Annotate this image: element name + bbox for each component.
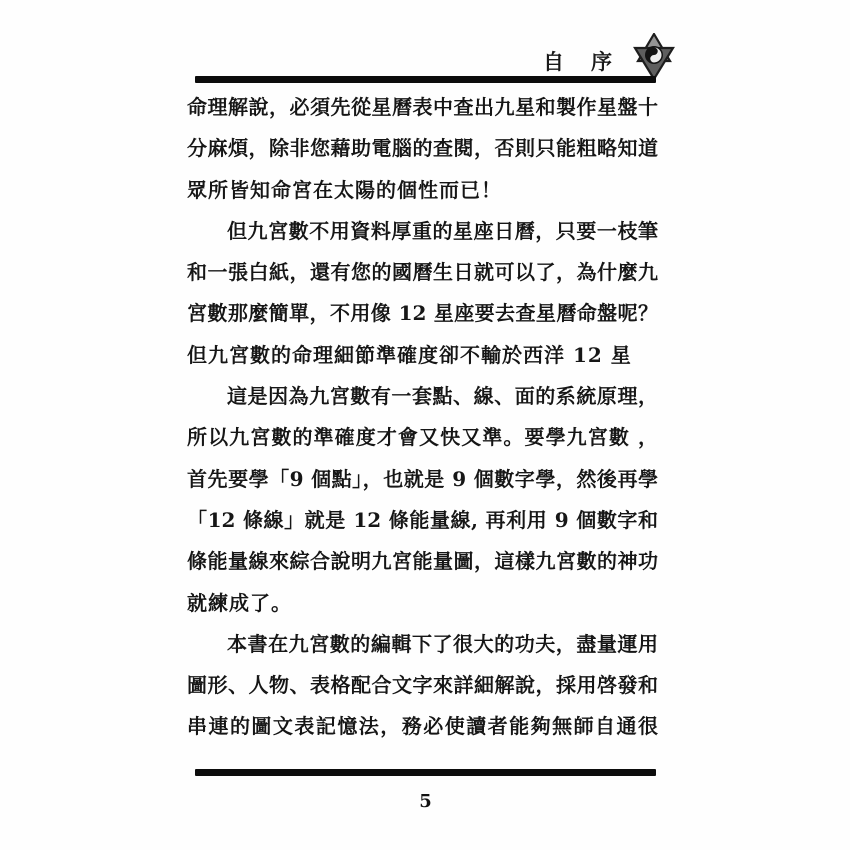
text-line: 「12 條線」就是 12 條能量線, 再利用 9 個數字和 12 [187, 500, 658, 541]
text-line: 這是因為九宮數有一套點、線、面的系統原理， [187, 376, 658, 417]
text-line: 首先要學「9 個點」，也就是 9 個數字學，然後再學 [187, 459, 658, 500]
body-text: 命理解說，必須先從星曆表中查出九星和製作星盤十 分麻煩，除非您藉助電腦的查閱，否… [187, 87, 658, 748]
hexagram-star-icon [629, 33, 679, 81]
text-line: 本書在九宮數的編輯下了很大的功夫，盡量運用 [187, 624, 658, 665]
text-line: 但九宮數的命理細節準確度卻不輸於西洋 12 星座。 [187, 335, 658, 376]
header-divider-rule [195, 76, 656, 83]
page-number: 5 [195, 791, 656, 812]
footer-divider-rule [195, 769, 656, 776]
text-line: 命理解說，必須先從星曆表中查出九星和製作星盤十 [187, 87, 658, 128]
text-line: 宮數那麼簡單，不用像 12 星座要去查星曆命盤呢？ [187, 293, 658, 334]
text-line: 條能量線來綜合說明九宮能量圖，這樣九宮數的神功 [187, 541, 658, 582]
page-header-title: 自 序 [195, 46, 615, 76]
text-line: 串連的圖文表記憶法，務必使讀者能夠無師自通很 [187, 706, 658, 747]
text-line: 就練成了。 [187, 583, 658, 624]
text-line: 眾所皆知命宮在太陽的個性而已！ [187, 170, 658, 211]
text-line: 但九宮數不用資料厚重的星座日曆，只要一枝筆 [187, 211, 658, 252]
text-line: 所以九宮數的準確度才會又快又準。要學九宮數 ， [187, 417, 658, 458]
text-line: 和一張白紙，還有您的國曆生日就可以了，為什麼九 [187, 252, 658, 293]
book-page: 自 序 命理解說，必須先從星曆表中查出九星和製作星盤十 分麻煩，除非您藉助電腦的… [0, 0, 850, 850]
text-line: 分麻煩，除非您藉助電腦的查閱，否則只能粗略知道 [187, 128, 658, 169]
text-line: 圖形、人物、表格配合文字來詳細解說，採用啓發和 [187, 665, 658, 706]
